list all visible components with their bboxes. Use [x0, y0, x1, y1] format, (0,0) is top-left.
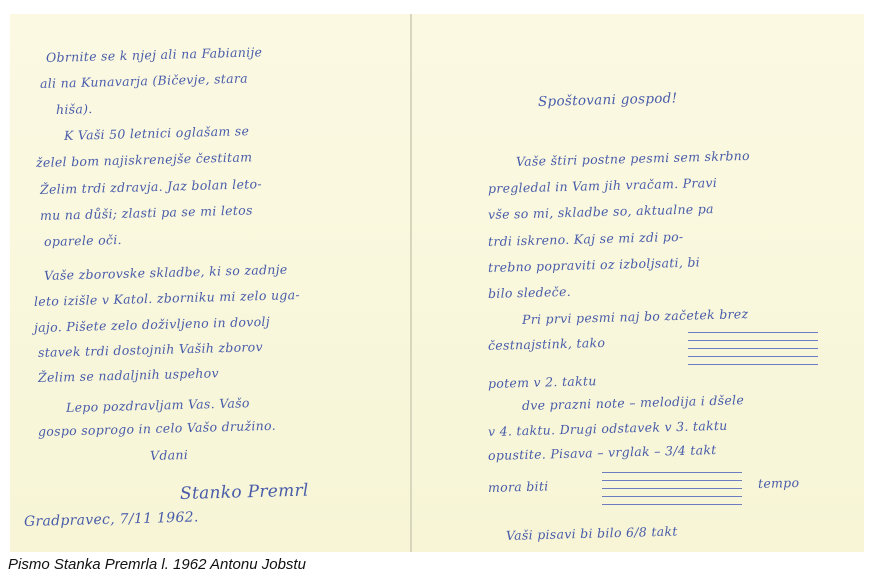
letter-line: Želim se nadaljnih uspehov: [38, 365, 219, 385]
letter-line: dve prazni note – melodija i dšele: [522, 392, 744, 413]
letter-line: Vaši pisavi bi bilo 6/8 takt: [506, 524, 678, 543]
letter-line: hiša).: [56, 101, 93, 117]
image-caption: Pismo Stanka Premrla l. 1962 Antonu Jobs…: [8, 556, 306, 573]
place-date: Gradpravec, 7/11 1962.: [24, 509, 199, 530]
letter-line: jajo. Pišete zelo doživljeno in dovolj: [34, 314, 270, 335]
letter-line: oparele oči.: [44, 232, 122, 249]
letter-line: trebno popraviti oz izboljsati, bi: [488, 254, 700, 275]
letter-line: Lepo pozdravljam Vas. Vašo: [66, 395, 250, 415]
letter-line: K Vaši 50 letnici oglašam se: [64, 123, 250, 143]
letter-scan: Obrnite se k njej ali na Fabianije ali n…: [10, 14, 862, 552]
salutation: Spoštovani gospod!: [538, 90, 678, 110]
letter-line: potem v 2. taktu: [488, 373, 597, 391]
letter-line: ali na Kunavarja (Bičevje, stara: [40, 71, 248, 91]
letter-line: želel bom najiskrenejše čestitam: [36, 149, 253, 170]
letter-line: leto izišle v Katol. zborniku mi zelo ug…: [34, 287, 300, 309]
letter-line: stavek trdi dostojnih Vaših zborov: [38, 339, 263, 360]
letter-line: Vaše zborovske skladbe, ki so zadnje: [44, 262, 288, 283]
letter-line: tempo: [758, 475, 800, 491]
signature: Stanko Premrl: [180, 481, 309, 504]
letter-line: trdi iskreno. Kaj se mi zdi po-: [488, 229, 684, 249]
letter-line: v 4. taktu. Drugi odstavek v 3. taktu: [488, 418, 728, 439]
letter-line: mu na důši; zlasti pa se mi letos: [40, 202, 253, 223]
letter-line: Želim trdi zdravja. Jaz bolan leto-: [40, 176, 262, 197]
letter-line: Vdani: [150, 447, 188, 463]
letter-line: gospo soprogo in celo Vašo družino.: [38, 418, 276, 439]
letter-line: čestnajstink, tako: [488, 335, 606, 353]
letter-line: Vaše štiri postne pesmi sem skrbno: [516, 148, 750, 169]
letter-page-right: Spoštovani gospod! Vaše štiri postne pes…: [412, 14, 864, 552]
letter-line: Pri prvi pesmi naj bo začetek brez: [522, 306, 749, 327]
letter-line: opustite. Pisava – vrglak – 3/4 takt: [488, 442, 717, 463]
letter-line: bilo sledeče.: [488, 284, 571, 301]
letter-line: pregledal in Vam jih vračam. Pravi: [488, 175, 717, 196]
letter-page-left: Obrnite se k njej ali na Fabianije ali n…: [10, 14, 410, 552]
letter-line: mora biti: [488, 478, 549, 495]
letter-line: Obrnite se k njej ali na Fabianije: [46, 44, 263, 65]
letter-line: vše so mi, skladbe so, aktualne pa: [488, 201, 714, 222]
